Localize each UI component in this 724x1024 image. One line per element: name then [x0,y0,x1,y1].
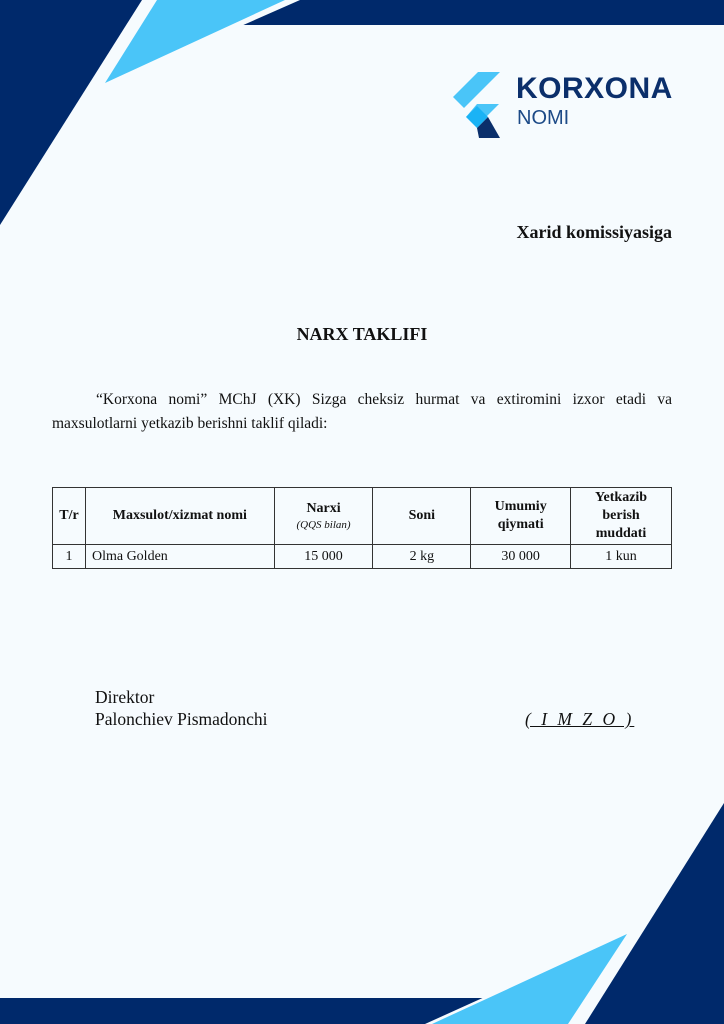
cell-index: 1 [53,545,86,569]
intro-paragraph: “Korxona nomi” MChJ (XK) Sizga cheksiz h… [52,388,672,436]
signatory-name: Palonchiev Pismadonchi [95,709,268,730]
cell-quantity: 2 kg [373,545,471,569]
header-quantity: Soni [373,488,471,545]
cell-name: Olma Golden [85,545,274,569]
document-title: NARX TAKLIFI [0,324,724,345]
cell-delivery: 1 kun [571,545,672,569]
addressee: Xarid komissiyasiga [516,222,672,243]
header-total-label: Umumiy qiymati [486,498,556,534]
cell-total: 30 000 [471,545,571,569]
logo-subtitle: NOMI [517,107,569,130]
header-price-label: Narxi [306,501,340,516]
logo-chevron-icon [446,70,506,140]
price-offer-table: T/r Maxsulot/xizmat nomi Narxi (QQS bila… [52,487,672,569]
top-left-navy-triangle [0,0,142,225]
table-header-row: T/r Maxsulot/xizmat nomi Narxi (QQS bila… [53,488,672,545]
signatory-role: Direktor [95,687,154,708]
header-delivery-label: Yetkazib berish muddati [591,489,651,543]
cell-price: 15 000 [274,545,373,569]
header-price-note: (QQS bilan) [279,518,369,532]
header-total: Umumiy qiymati [471,488,571,545]
header-delivery: Yetkazib berish muddati [571,488,672,545]
signature-placeholder: ( I M Z O ) [525,709,634,730]
header-price: Narxi (QQS bilan) [274,488,373,545]
table-row: 1 Olma Golden 15 000 2 kg 30 000 1 kun [53,545,672,569]
logo-title: KORXONA [516,72,673,106]
header-name: Maxsulot/xizmat nomi [85,488,274,545]
company-logo: KORXONA NOMI [446,70,676,142]
header-index: T/r [53,488,86,545]
